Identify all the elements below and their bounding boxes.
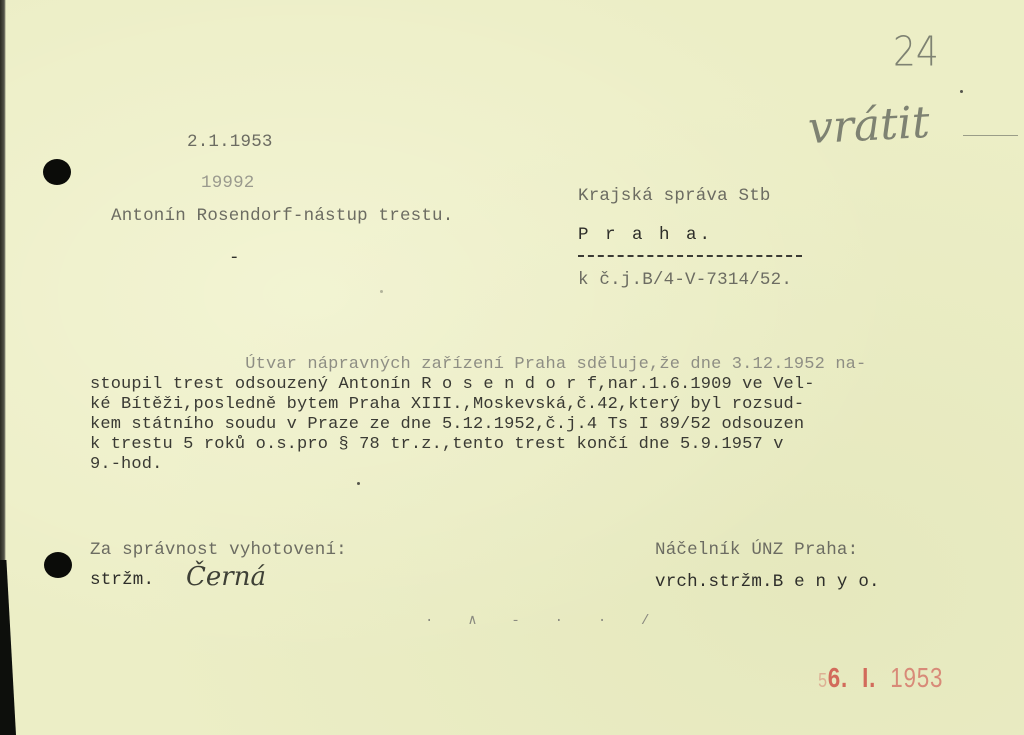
recipient-reference: k č.j.B/4-V-7314/52. xyxy=(578,270,792,290)
punch-hole-top xyxy=(43,159,71,185)
speck xyxy=(960,90,963,93)
body-line-6: 9.-hod. xyxy=(90,455,162,475)
handwritten-signature: Černá xyxy=(186,562,266,592)
body-line-5: k trestu 5 roků o.s.pro § 78 tr.z.,tento… xyxy=(90,435,784,455)
body-line-1: Útvar nápravných zařízení Praha sděluje,… xyxy=(90,355,866,375)
body-line-4: kem státního soudu v Praze ze dne 5.12.1… xyxy=(90,415,804,435)
handwritten-note: vrátit xyxy=(807,97,931,154)
punch-hole-bottom xyxy=(44,552,72,578)
chief-name: vrch.stržm.B e n y o. xyxy=(655,572,880,592)
stamp-year: 1953 xyxy=(890,662,943,693)
document-page: 24 vrátit 2.1.1953 19992 Antonín Rosendo… xyxy=(0,0,1024,735)
recipient-office: Krajská správa Stb xyxy=(578,186,771,206)
stamp-prefix: 5 xyxy=(818,670,828,692)
pencil-rule xyxy=(963,135,1018,136)
body-line-3: ké Bítěži,posledně bytem Praha XIII.,Mos… xyxy=(90,395,804,415)
document-subject: Antonín Rosendorf-nástup trestu. xyxy=(111,206,453,226)
stamp-month: I. xyxy=(862,662,876,693)
stamp-day: 6. xyxy=(828,662,848,693)
faint-impression: · ∧ - · · / xyxy=(425,612,655,629)
scan-edge-shadow xyxy=(0,560,16,735)
handwritten-page-number: 24 xyxy=(893,29,939,76)
recipient-underline xyxy=(578,255,802,257)
body-line-2: stoupil trest odsouzený Antonín R o s e … xyxy=(90,375,815,395)
recipient-city: P r a h a. xyxy=(578,225,713,245)
verification-rank: stržm. xyxy=(90,570,154,590)
received-date-stamp: 56. I. 1953 xyxy=(790,630,943,726)
chief-label: Náčelník ÚNZ Praha: xyxy=(655,540,858,560)
verification-label: Za správnost vyhotovení: xyxy=(90,540,347,560)
document-date: 2.1.1953 xyxy=(187,132,273,152)
speck xyxy=(357,482,360,485)
separator-dash: - xyxy=(229,248,240,268)
reference-number: 19992 xyxy=(201,173,255,193)
speck xyxy=(380,290,383,293)
